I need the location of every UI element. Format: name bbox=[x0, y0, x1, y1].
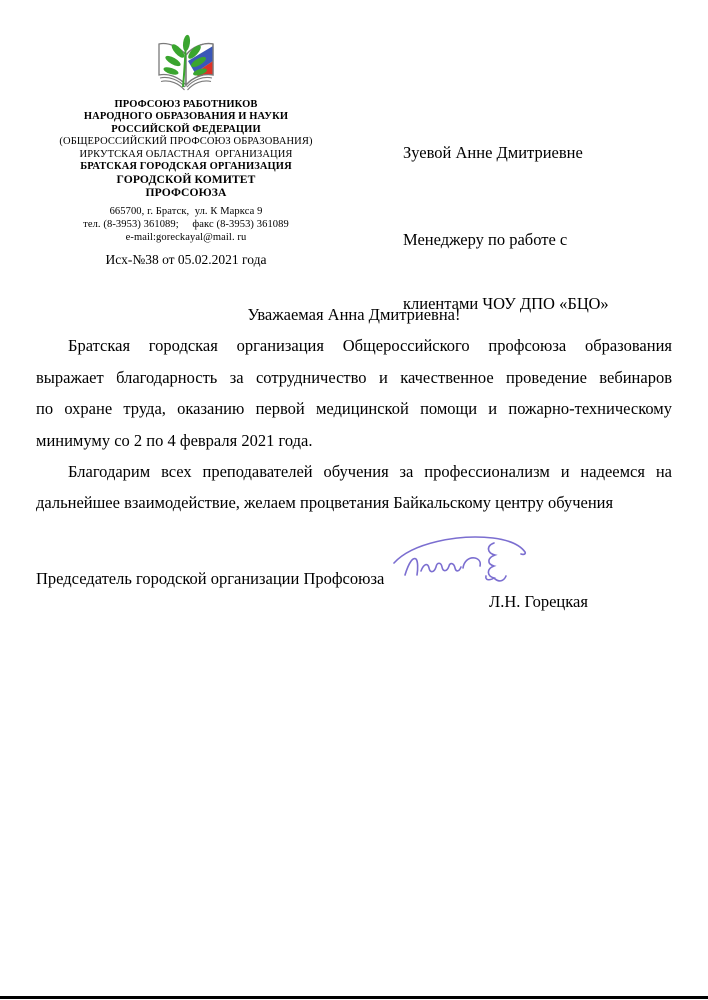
salutation: Уважаемая Анна Дмитриевна! bbox=[36, 299, 672, 330]
email-line: e-mail:goreckayal@mail. ru bbox=[40, 232, 332, 245]
para2-line-2: дальнейшее взаимодействие, желаем процве… bbox=[36, 487, 672, 518]
union-logo bbox=[150, 34, 222, 98]
postal-address: 665700, г. Братск, ул. К Маркса 9 bbox=[40, 206, 332, 219]
para1-line-1: Братская городская организация Общеросси… bbox=[36, 330, 672, 361]
signer-position-title: Председатель городской организации Профс… bbox=[36, 568, 384, 590]
org-name-line-6: БРАТСКАЯ ГОРОДСКАЯ ОРГАНИЗАЦИЯ bbox=[40, 161, 332, 173]
page-edge-bar bbox=[0, 996, 708, 999]
education-union-emblem-icon bbox=[150, 34, 222, 98]
org-name-line-4: (ОБЩЕРОССИЙСКИЙ ПРОФСОЮЗ ОБРАЗОВАНИЯ) bbox=[40, 136, 332, 148]
para2-line-1: Благодарим всех преподавателей обучения … bbox=[36, 456, 672, 487]
para1-line-3: по охране труда, оказанию первой медицин… bbox=[36, 393, 672, 424]
recipient-position-line-1: Менеджеру по работе с bbox=[403, 229, 693, 251]
org-name-line-2: НАРОДНОГО ОБРАЗОВАНИЯ И НАУКИ bbox=[40, 111, 332, 123]
contact-block: 665700, г. Братск, ул. К Маркса 9 тел. (… bbox=[40, 206, 332, 244]
org-name-line-1: ПРОФСОЮЗ РАБОТНИКОВ bbox=[40, 99, 332, 111]
letter-body: Уважаемая Анна Дмитриевна! Братская горо… bbox=[36, 299, 672, 519]
phone-fax-line: тел. (8-3953) 361089; факс (8-3953) 3610… bbox=[40, 219, 332, 232]
handwritten-signature-icon bbox=[390, 530, 532, 588]
recipient-name: Зуевой Анне Дмитриевне bbox=[403, 142, 693, 164]
org-name-line-5: ИРКУТСКАЯ ОБЛАСТНАЯ ОРГАНИЗАЦИЯ bbox=[40, 149, 332, 161]
para1-line-2: выражает благодарность за сотрудничество… bbox=[36, 362, 672, 393]
org-name-line-8: ПРОФСОЮЗА bbox=[40, 186, 332, 199]
signer-name: Л.Н. Горецкая bbox=[489, 591, 588, 613]
org-name-line-3: РОССИЙСКОЙ ФЕДЕРАЦИИ bbox=[40, 124, 332, 136]
org-name-line-7: ГОРОДСКОЙ КОМИТЕТ bbox=[40, 173, 332, 186]
letterhead: ПРОФСОЮЗ РАБОТНИКОВ НАРОДНОГО ОБРАЗОВАНИ… bbox=[40, 34, 332, 268]
letter-page: ПРОФСОЮЗ РАБОТНИКОВ НАРОДНОГО ОБРАЗОВАНИ… bbox=[0, 0, 708, 1000]
para1-line-4: минимуму со 2 по 4 февраля 2021 года. bbox=[36, 425, 672, 456]
outgoing-ref-number: Исх-№38 от 05.02.2021 года bbox=[40, 252, 332, 268]
